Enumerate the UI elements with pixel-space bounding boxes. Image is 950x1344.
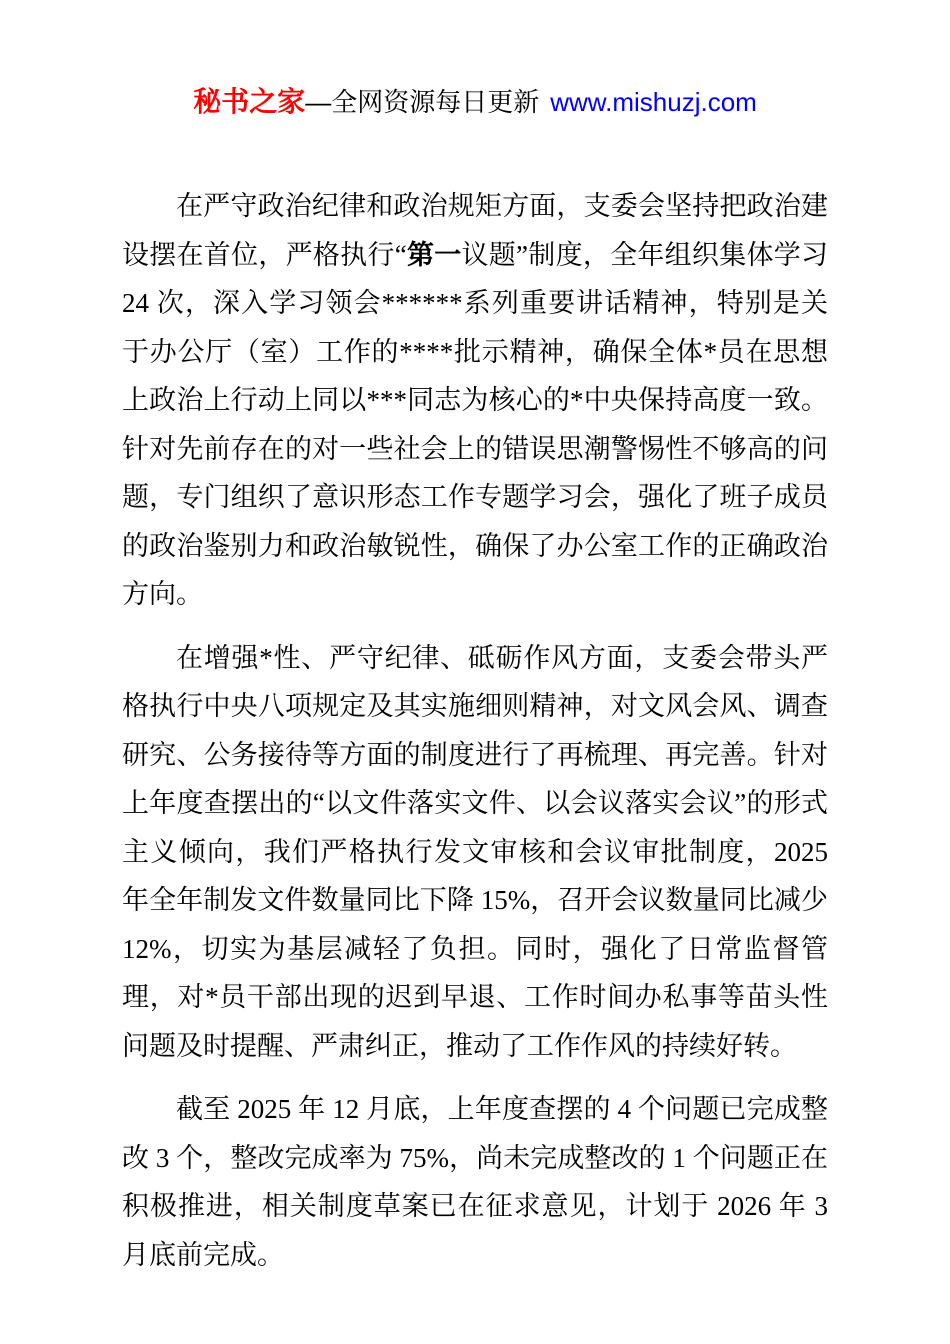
- paragraph-3: 截至 2025 年 12 月底，上年度查摆的 4 个问题已完成整改 3 个，整改…: [122, 1085, 828, 1279]
- site-header: 秘书之家—全网资源每日更新www.mishuzj.com: [0, 0, 950, 120]
- site-url-link[interactable]: www.mishuzj.com: [550, 87, 757, 117]
- body-text: 截至 2025 年 12 月底，上年度查摆的 4 个问题已完成整改 3 个，整改…: [122, 1094, 828, 1270]
- site-name: 秘书之家: [193, 86, 305, 117]
- body-text: 议题”制度，全年组织集体学习 24 次，深入学习领会******系列重要讲话精神…: [122, 240, 828, 610]
- document-page: 秘书之家—全网资源每日更新www.mishuzj.com 在严守政治纪律和政治规…: [0, 0, 950, 1344]
- header-tagline: 全网资源每日更新: [331, 87, 539, 117]
- document-body: 在严守政治纪律和政治规矩方面，支委会坚持把政治建设摆在首位，严格执行“第一议题”…: [122, 182, 828, 1279]
- paragraph-2: 在增强*性、严守纪律、砥砺作风方面，支委会带头严格执行中央八项规定及其实施细则精…: [122, 634, 828, 1071]
- body-text: 在增强*性、严守纪律、砥砺作风方面，支委会带头严格执行中央八项规定及其实施细则精…: [122, 643, 828, 1061]
- paragraph-1: 在严守政治纪律和政治规矩方面，支委会坚持把政治建设摆在首位，严格执行“第一议题”…: [122, 182, 828, 619]
- emphasis-text: 第一: [407, 240, 462, 270]
- header-separator: —: [305, 87, 331, 117]
